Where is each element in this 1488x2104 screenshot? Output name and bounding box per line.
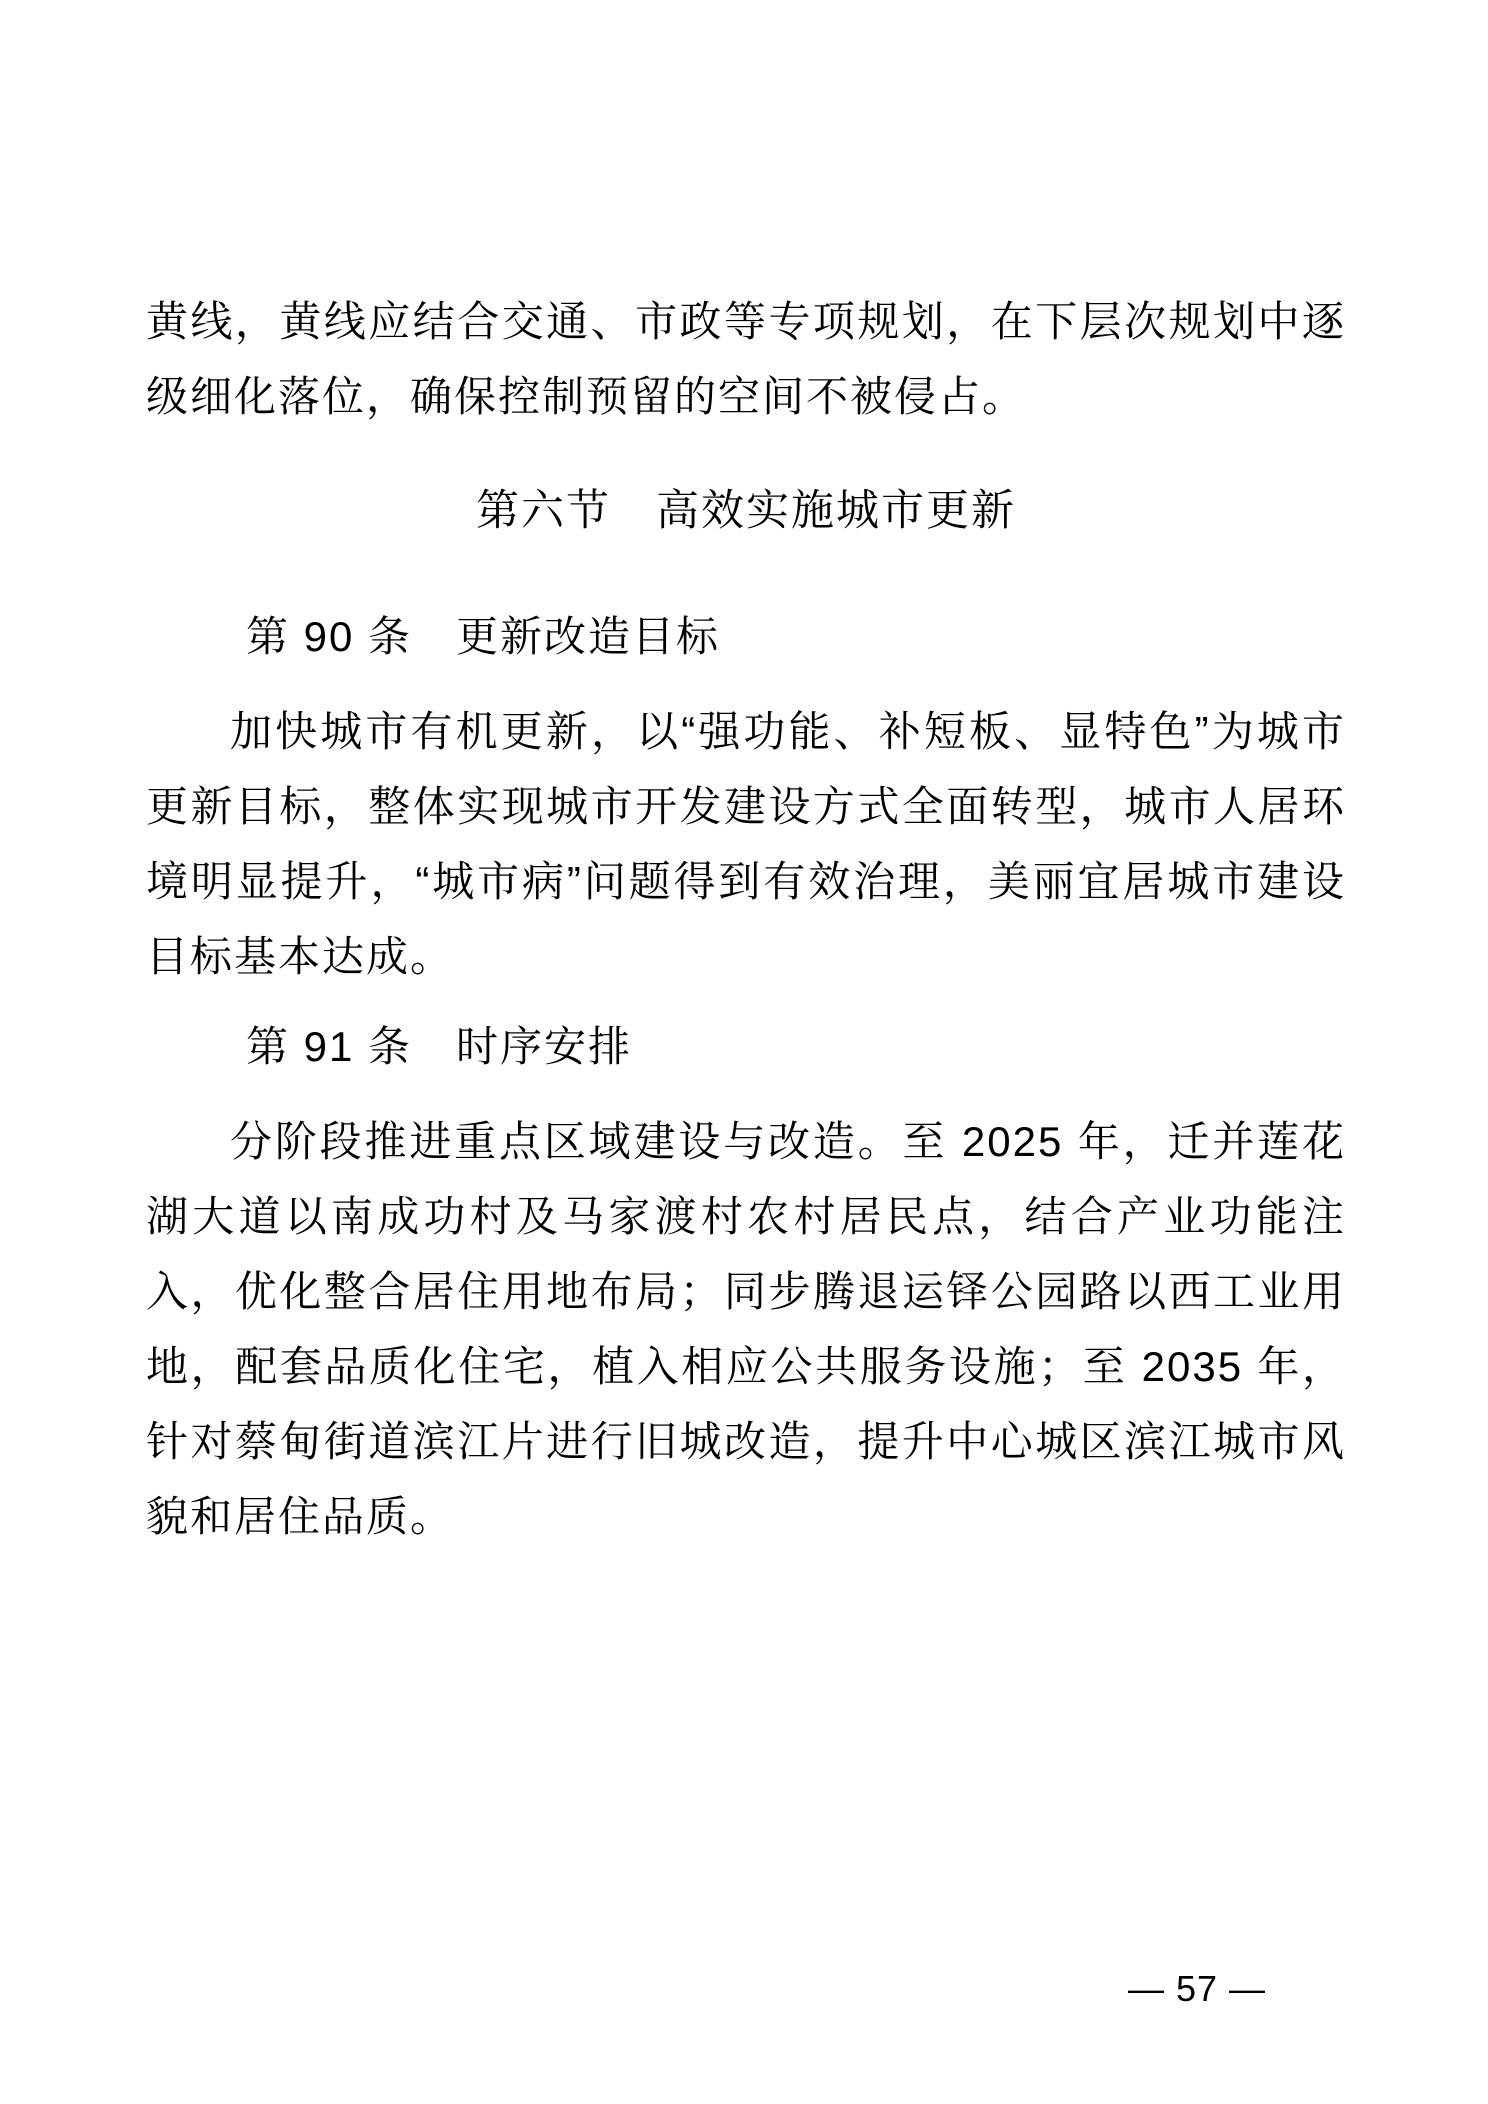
page-footer: — 57 — xyxy=(1128,1968,1266,2010)
article-91-heading: 第 91 条 时序安排 xyxy=(146,1009,1346,1084)
paragraph-continuation: 黄线，黄线应结合交通、市政等专项规划，在下层次规划中逐级细化落位，确保控制预留的… xyxy=(146,284,1346,434)
section-heading: 第六节 高效实施城市更新 xyxy=(146,474,1346,549)
page-number: — 57 — xyxy=(1128,1968,1266,2009)
page-content: 黄线，黄线应结合交通、市政等专项规划，在下层次规划中逐级细化落位，确保控制预留的… xyxy=(0,0,1488,1554)
article-90-body: 加快城市有机更新，以“强功能、补短板、显特色”为城市更新目标，整体实现城市开发建… xyxy=(146,694,1346,994)
article-90-heading: 第 90 条 更新改造目标 xyxy=(146,599,1346,674)
article-91-body: 分阶段推进重点区域建设与改造。至 2025 年，迁并莲花湖大道以南成功村及马家渡… xyxy=(146,1104,1346,1554)
document-page: 黄线，黄线应结合交通、市政等专项规划，在下层次规划中逐级细化落位，确保控制预留的… xyxy=(0,0,1488,2104)
